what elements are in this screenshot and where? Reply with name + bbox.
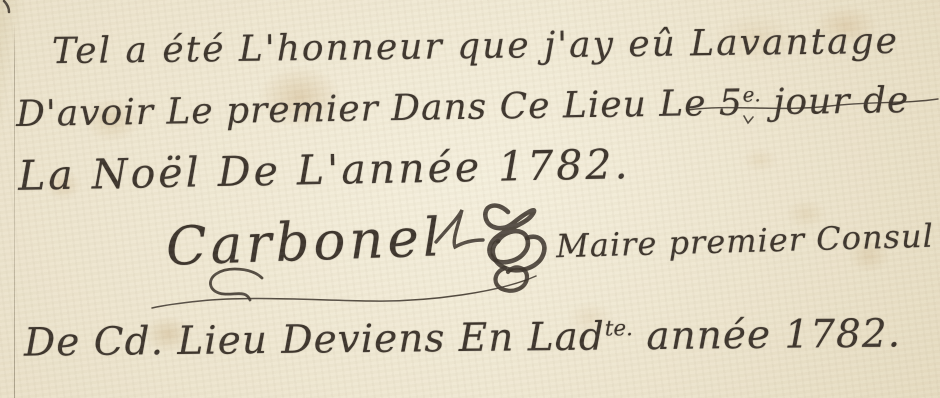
line-2-text: D'avoir Le premier Dans Ce Lieu Le 5 — [16, 83, 743, 135]
line-5-superscript: te. — [605, 316, 633, 341]
corner-ink-mark — [4, 1, 9, 12]
manuscript-line-1: Tel a été L'honneur que j'ay eû Lavantag… — [52, 21, 899, 72]
left-margin-rule — [14, 22, 15, 398]
manuscript-page: Tel a été L'honneur que j'ay eû Lavantag… — [0, 0, 940, 398]
signature-name: Carbonel — [165, 207, 445, 278]
line-2-text-after: jour de — [761, 80, 910, 123]
paraph-tail-flourish — [152, 276, 536, 308]
manuscript-line-2: D'avoir Le premier Dans Ce Lieu Le 5e. j… — [16, 80, 910, 135]
line-5-text: De Cd. Lieu Deviens En Lad — [24, 315, 605, 366]
signature-title: Maire premier Consul — [556, 217, 935, 266]
manuscript-line-3: La Noël De L'année 1782. — [18, 140, 631, 200]
signature-paraph-icon — [436, 206, 544, 291]
line-2-superscript: e. — [743, 83, 761, 106]
manuscript-line-5: De Cd. Lieu Deviens En Ladte. année 1782… — [24, 311, 902, 365]
line-5-text-after: année 1782. — [633, 311, 902, 359]
